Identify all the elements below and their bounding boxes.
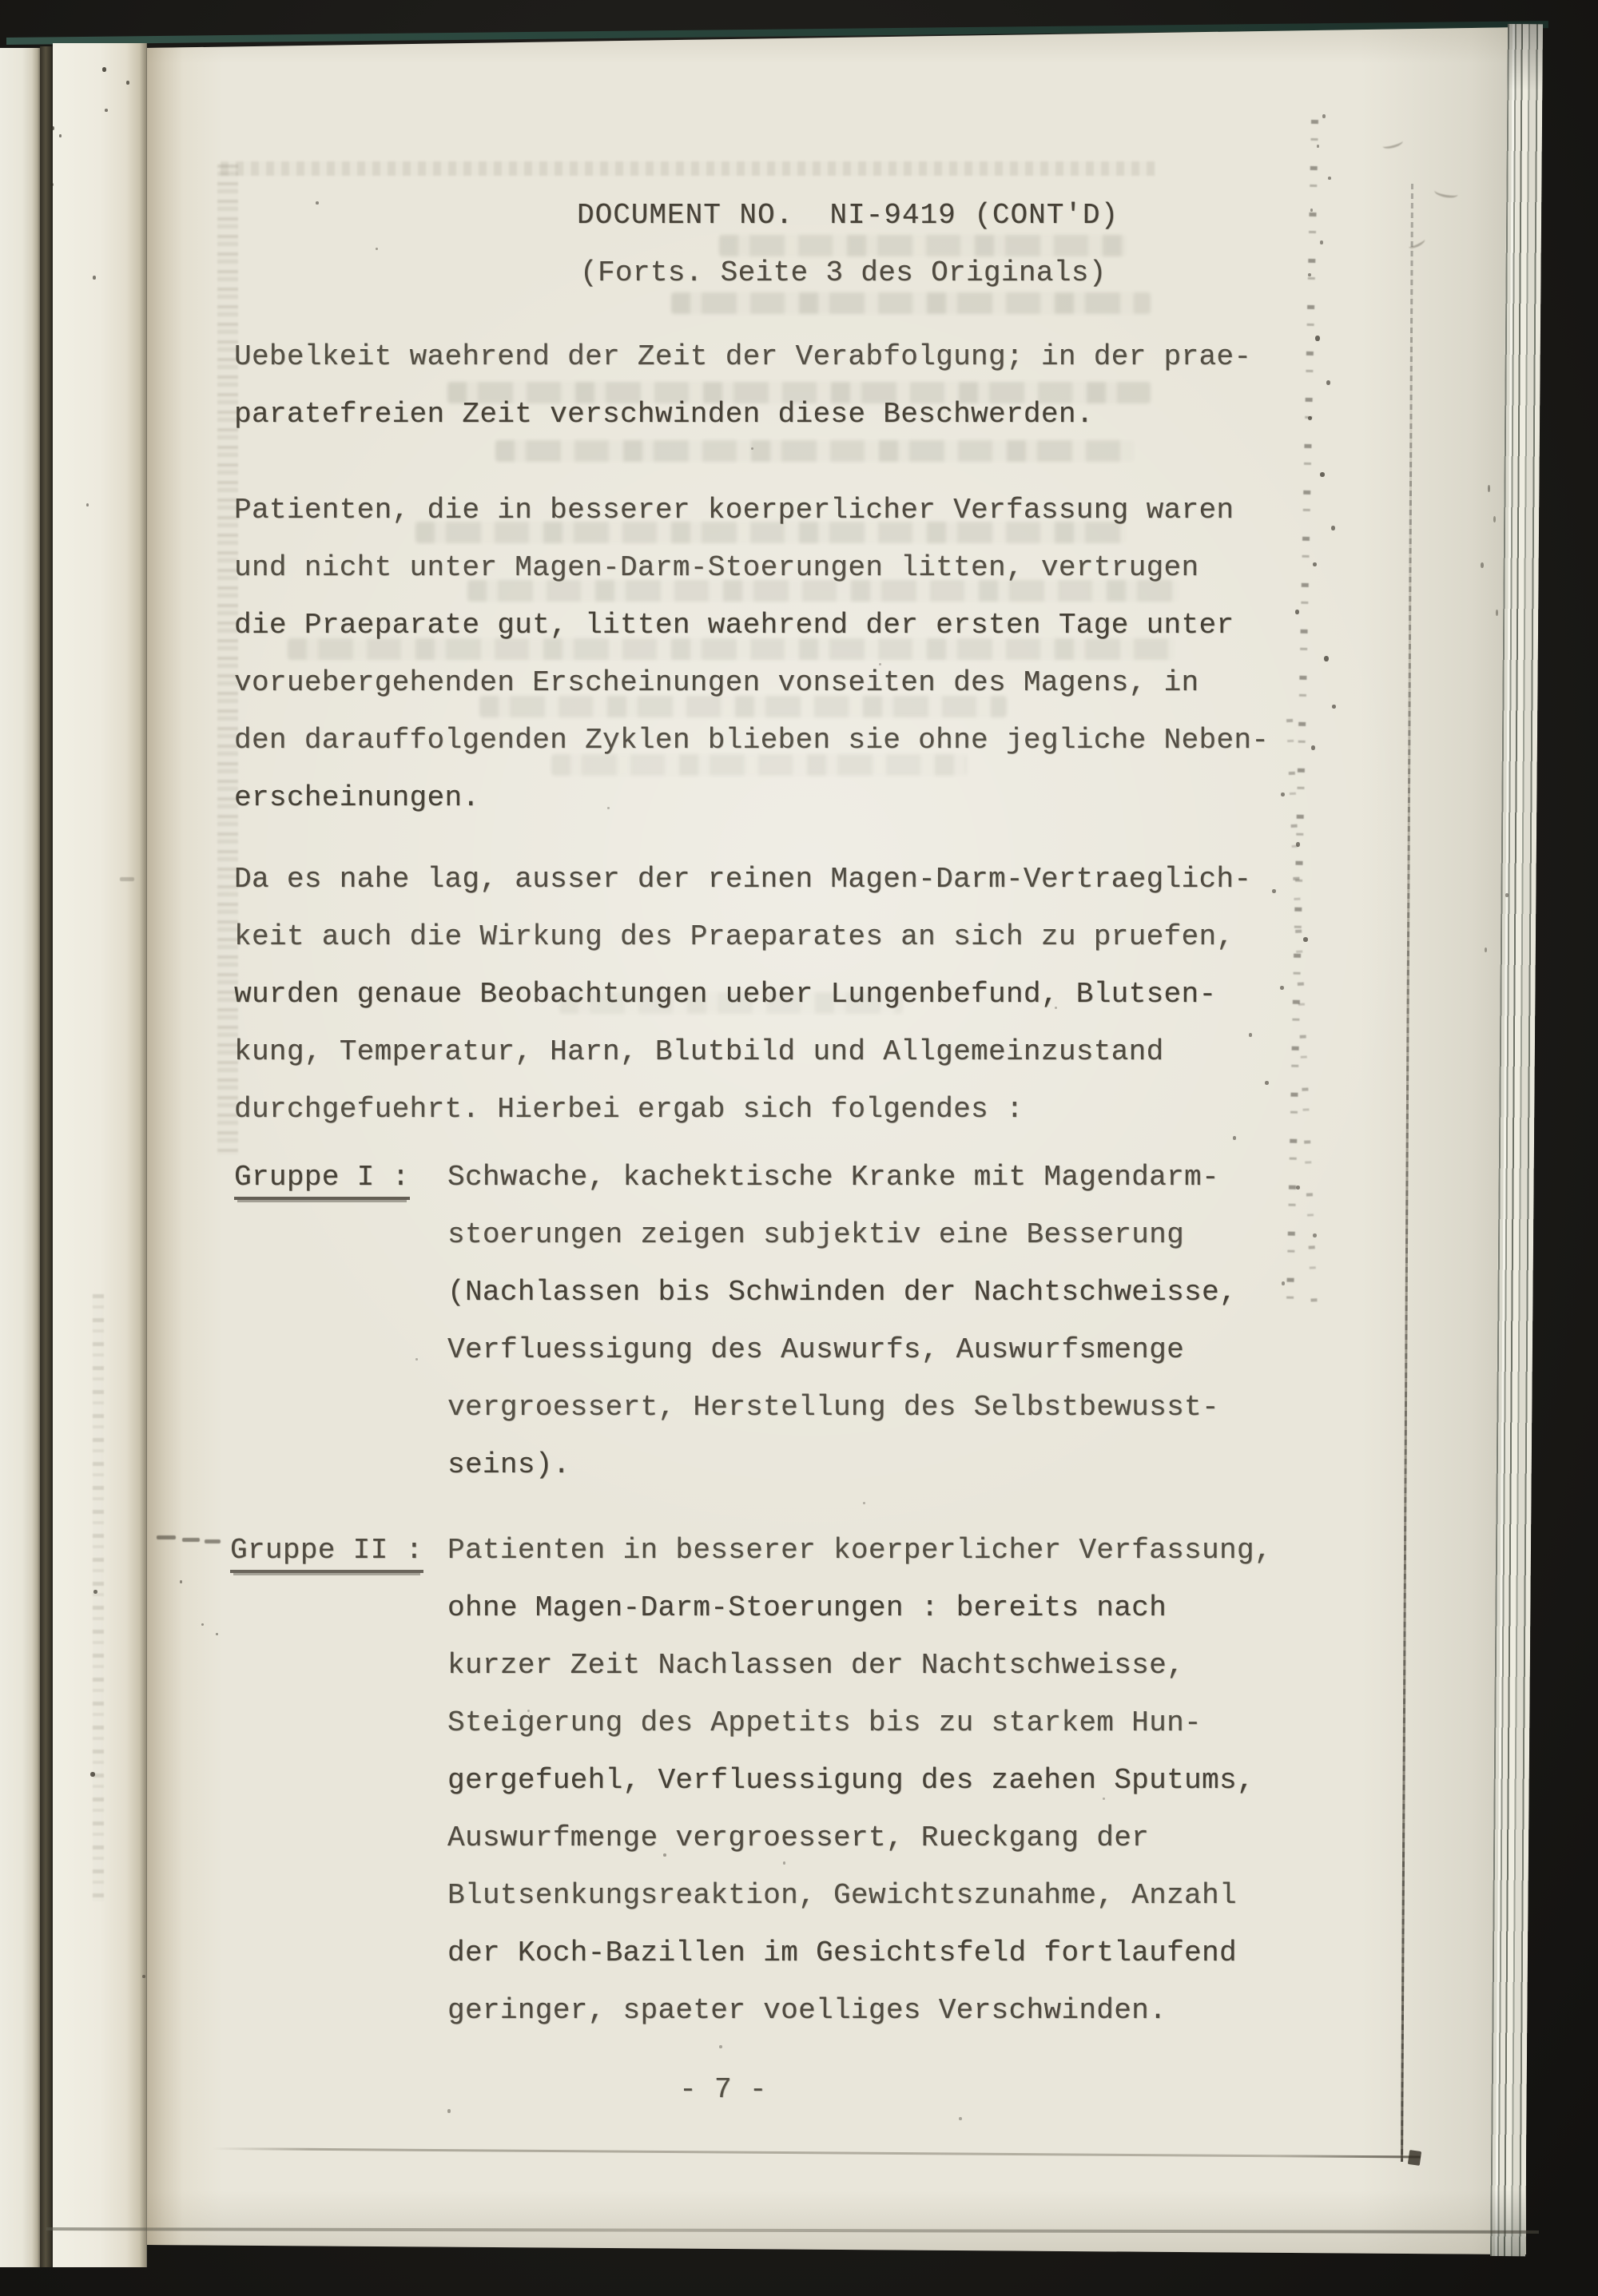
typed-line: Uebelkeit waehrend der Zeit der Verabfol… xyxy=(234,343,1251,371)
typed-line: Verfluessigung des Auswurfs, Auswurfsmen… xyxy=(447,1336,1184,1364)
typed-line: geringer, spaeter voelliges Verschwinden… xyxy=(447,1996,1167,2025)
typed-line: (Nachlassen bis Schwinden der Nachtschwe… xyxy=(447,1278,1237,1307)
typed-line: voruebergehenden Erscheinungen vonseiten… xyxy=(234,669,1198,697)
typed-line: keit auch die Wirkung des Praeparates an… xyxy=(234,923,1234,951)
continuation-heading: (Forts. Seite 3 des Originals) xyxy=(580,259,1107,288)
group-2-label: Gruppe II : xyxy=(230,1536,423,1573)
typed-line: Da es nahe lag, ausser der reinen Magen-… xyxy=(234,865,1251,894)
typed-line: paratefreien Zeit verschwinden diese Bes… xyxy=(234,400,1094,429)
typed-line: Patienten in besserer koerperlicher Verf… xyxy=(447,1536,1272,1565)
group-1-label: Gruppe I : xyxy=(234,1163,410,1200)
typed-line: Patienten, die in besserer koerperlicher… xyxy=(234,496,1234,525)
typed-line: Schwache, kachektische Kranke mit Magend… xyxy=(447,1163,1219,1192)
typed-text-layer: DOCUMENT NO. NI-9419 (CONT'D) (Forts. Se… xyxy=(0,0,1598,2296)
page-number: - 7 - xyxy=(647,2076,799,2104)
typed-line: Auswurfmenge vergroessert, Rueckgang der xyxy=(447,1824,1149,1853)
typed-line: ohne Magen-Darm-Stoerungen : bereits nac… xyxy=(447,1594,1167,1623)
typed-line: Blutsenkungsreaktion, Gewichtszunahme, A… xyxy=(447,1881,1237,1910)
typed-line: der Koch-Bazillen im Gesichtsfeld fortla… xyxy=(447,1939,1237,1968)
typed-line: und nicht unter Magen-Darm-Stoerungen li… xyxy=(234,554,1198,582)
typed-line: seins). xyxy=(447,1451,570,1480)
typed-line: kurzer Zeit Nachlassen der Nachtschweiss… xyxy=(447,1651,1184,1680)
typed-line: kung, Temperatur, Harn, Blutbild und All… xyxy=(234,1038,1164,1067)
typed-line: den darauffolgenden Zyklen blieben sie o… xyxy=(234,726,1269,755)
typed-line: stoerungen zeigen subjektiv eine Besseru… xyxy=(447,1221,1184,1249)
typed-line: Steigerung des Appetits bis zu starkem H… xyxy=(447,1709,1202,1738)
typed-line: gergefuehl, Verfluessigung des zaehen Sp… xyxy=(447,1766,1254,1795)
typed-line: wurden genaue Beobachtungen ueber Lungen… xyxy=(234,980,1216,1009)
scanned-document-photo: DOCUMENT NO. NI-9419 (CONT'D) (Forts. Se… xyxy=(0,0,1598,2296)
typed-line: durchgefuehrt. Hierbei ergab sich folgen… xyxy=(234,1095,1024,1124)
document-number-heading: DOCUMENT NO. NI-9419 (CONT'D) xyxy=(577,201,1119,230)
typed-line: vergroessert, Herstellung des Selbstbewu… xyxy=(447,1393,1219,1422)
typed-line: erscheinungen. xyxy=(234,784,479,812)
typed-line: die Praeparate gut, litten waehrend der … xyxy=(234,611,1234,640)
